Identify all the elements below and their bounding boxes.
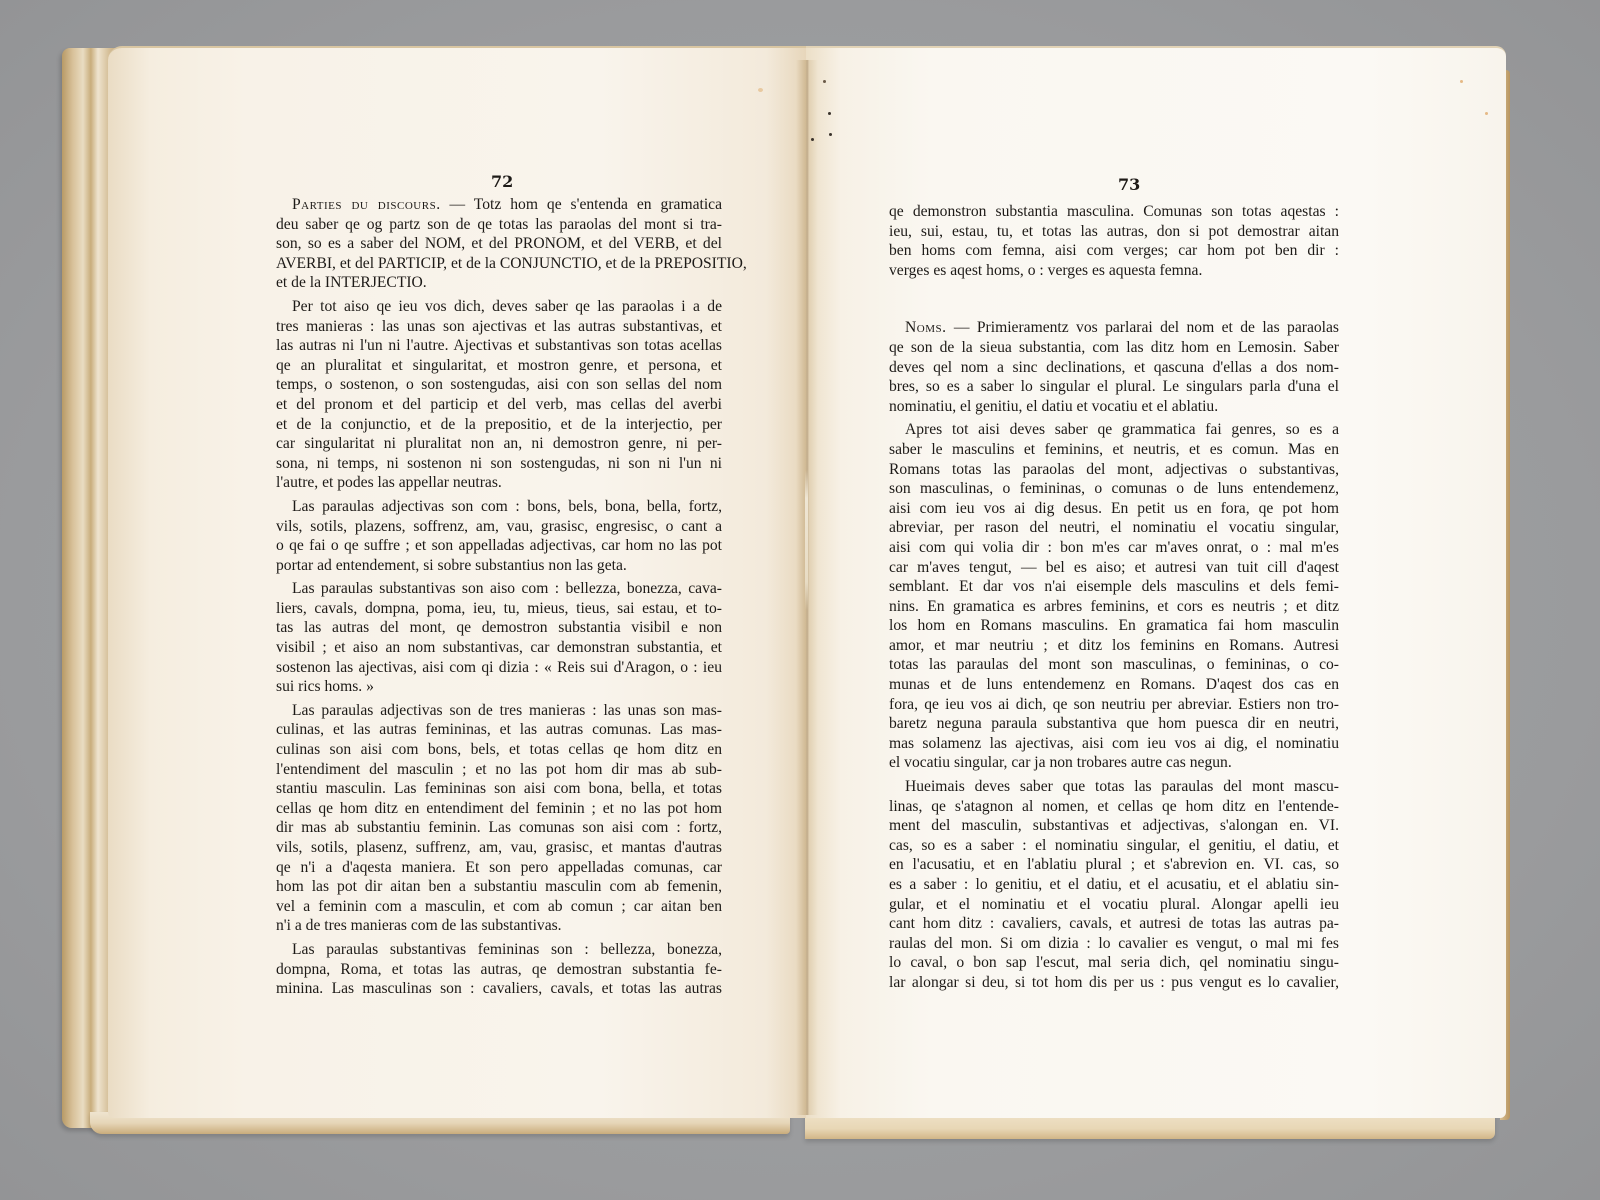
foxing-spot (823, 80, 826, 83)
text-line: minina. Las masculinas son : cavaliers, … (276, 979, 722, 999)
text-line: munas et de luns entendemenz en Romans. … (889, 675, 1339, 695)
text-line: fora, qe ieu vos ai dich, qe son neutriu… (889, 695, 1339, 715)
text-line: vils, sotils, plazens, soffrenz, am, vau… (276, 517, 722, 537)
text-line: el vocatiu singular, car ja non trobares… (889, 753, 1339, 773)
foxing-spot (829, 133, 832, 136)
text-line: son masculinas, o femininas, o comunas o… (889, 479, 1339, 499)
text-line: car singularitat ni pluralitat non an, n… (276, 434, 722, 454)
page-number-right: 73 (1118, 175, 1140, 194)
text-line: o qe fai o qe suffre ; et son appelladas… (276, 536, 722, 556)
left-page-body: Parties du discours. — Totz hom qe s'ent… (276, 195, 722, 999)
text-line: ment del masculin, substantivas et adjec… (889, 816, 1339, 836)
text-line: sona, ni temps, ni sostenon ni son soste… (276, 454, 722, 474)
text-line: Parties du discours. — Totz hom qe s'ent… (276, 195, 722, 215)
foxing-spot (1485, 112, 1488, 115)
text-line: qe an pluralitat et singularitat, et mos… (276, 356, 722, 376)
text-line: mas solamenz las ajectivas, aisi com ieu… (889, 734, 1339, 754)
text-line: culinas, et las autras femininas, et las… (276, 720, 722, 740)
text-line: aisi com ieu vos ai dig desus. En petit … (889, 499, 1339, 519)
text-line: nins. En gramatica es arbres feminins, e… (889, 597, 1339, 617)
text-line: qe demonstron substantia masculina. Comu… (889, 202, 1339, 222)
text-line: ben homs com femna, aisi com verges; car… (889, 241, 1339, 261)
text-line: car m'aves tengut, — bel es aiso; et aut… (889, 558, 1339, 578)
text-line: dompna, Roma, et totas las autras, qe de… (276, 960, 722, 980)
text-line: stantiu masculin. Las femininas son aisi… (276, 779, 722, 799)
text-line: las autras ni l'un ni l'autre. Ajectivas… (276, 336, 722, 356)
text-line: hom las pot dir aitan ben a substantiu m… (276, 877, 722, 897)
text-line: Per tot aiso qe ieu vos dich, deves sabe… (276, 297, 722, 317)
text-line: cant hom ditz : cavaliers, cavals, et au… (889, 914, 1339, 934)
section-heading: Noms. (905, 319, 947, 336)
text-line: Las paraulas adjectivas son com : bons, … (276, 497, 722, 517)
text-line: linas, qe s'atagnon al nomen, et cellas … (889, 797, 1339, 817)
text-line: baretz neguna paraula substantiva que ho… (889, 714, 1339, 734)
text-line: et de la conjunctio, et de la prepositio… (276, 415, 722, 435)
text-line: deu saber qe og partz son de qe totas la… (276, 215, 722, 235)
text-line: cellas qe hom ditz en entendiment del fe… (276, 799, 722, 819)
section-heading: Parties du discours. (292, 196, 441, 213)
foxing-spot (758, 88, 763, 92)
right-page-body: qe demonstron substantia masculina. Comu… (889, 202, 1339, 993)
text-line: totas las paraulas del mont son masculin… (889, 655, 1339, 675)
text-line: vils, sotils, plasenz, suffrenz, am, vau… (276, 838, 722, 858)
text-line: qe n'i a d'aqesta maniera. Et son pero a… (276, 858, 722, 878)
text-line: AVERBI, et del PARTICIP, et de la CONJUN… (276, 254, 722, 274)
text-line: deves qel nom a sinc declinations, et qa… (889, 358, 1339, 378)
text-line: Las paraulas adjectivas son de tres mani… (276, 701, 722, 721)
text-line: los hom en Romans masculins. En gramatic… (889, 616, 1339, 636)
text-line: lar alongar si deu, si tot hom dis per u… (889, 973, 1339, 993)
text-line: bres, so es a saber lo singular el plura… (889, 377, 1339, 397)
text-line: portar ad entendement, si sobre substant… (276, 556, 722, 576)
text-line: lo caval, o bon sap l'escut, mal seria d… (889, 953, 1339, 973)
text-line: aisi com qui volia dir : bon m'es car m'… (889, 538, 1339, 558)
text-line: semblant. Et dar vos n'ai eisemple dels … (889, 577, 1339, 597)
text-line: ieu, sui, estau, tu, et totas las autras… (889, 222, 1339, 242)
page-number-left: 72 (491, 172, 513, 191)
text-line: n'i a de tres manieras com de las substa… (276, 916, 722, 936)
text-line: es a saber : lo genitiu, et el datiu, et… (889, 875, 1339, 895)
text-line: l'autre, et podes las appellar neutras. (276, 473, 722, 493)
text-line: et del pronom et del particip et del ver… (276, 395, 722, 415)
text-line: Apres tot aisi deves saber qe grammatica… (889, 420, 1339, 440)
text-line: saber le masculins et feminins, et neutr… (889, 440, 1339, 460)
text-line: qe son de la sieua substantia, com las d… (889, 338, 1339, 358)
text-line: tres manieras : las unas son ajectivas e… (276, 317, 722, 337)
open-book: 72 Parties du discours. — Totz hom qe s'… (0, 0, 1600, 1200)
text-line: et de la INTERJECTIO. (276, 273, 722, 293)
text-line: Las paraulas substantivas femininas son … (276, 940, 722, 960)
binding-thread (805, 470, 808, 610)
text-line: Romans totas las paraolas del mont, adje… (889, 460, 1339, 480)
text-line: vel a feminin com a masculin, et com ab … (276, 897, 722, 917)
text-line: temps, o sostenon, o son sostengudas, ai… (276, 375, 722, 395)
text-line: liers, cavals, dompna, poma, ieu, tu, mi… (276, 599, 722, 619)
text-line: Las paraulas substantivas son aiso com :… (276, 579, 722, 599)
text-line: raulas del mon. Si om dizia : lo cavalie… (889, 934, 1339, 954)
text-line: amor, et mar neutriu ; et ditz los femin… (889, 636, 1339, 656)
text-line: nominatiu, el genitiu, el datiu et vocat… (889, 397, 1339, 417)
text-line: son, so es a saber del NOM, et del PRONO… (276, 234, 722, 254)
text-line: Hueimais deves saber que totas las parau… (889, 777, 1339, 797)
text-line: sui rics homs. » (276, 677, 722, 697)
text-line: tas las autras del mont, qe demostron su… (276, 618, 722, 638)
text-line: abreviar, per rason del neutri, el nomin… (889, 518, 1339, 538)
foxing-spot (811, 138, 814, 141)
text-line: sostenon las ajectivas, aisi com qi dizi… (276, 658, 722, 678)
text-line: Noms. — Primieramentz vos parlarai del n… (889, 318, 1339, 338)
text-line: gular, et el nominatiu et el vocatiu plu… (889, 895, 1339, 915)
text-line: l'entendiment del masculin ; et no las p… (276, 760, 722, 780)
text-line: visibil ; et aiso an nom substantivas, c… (276, 638, 722, 658)
foxing-spot (828, 112, 831, 115)
foxing-spot (1460, 80, 1463, 83)
text-line: dir mas ab substantiu feminin. Las comun… (276, 818, 722, 838)
text-line: en l'acusatiu, et en l'ablatiu plural ; … (889, 855, 1339, 875)
text-line: cas, so es a saber : el nominatiu singul… (889, 836, 1339, 856)
text-line: verges es aqest homs, o : verges es aque… (889, 261, 1339, 281)
text-line: culinas son aisi com bons, bels, et tota… (276, 740, 722, 760)
